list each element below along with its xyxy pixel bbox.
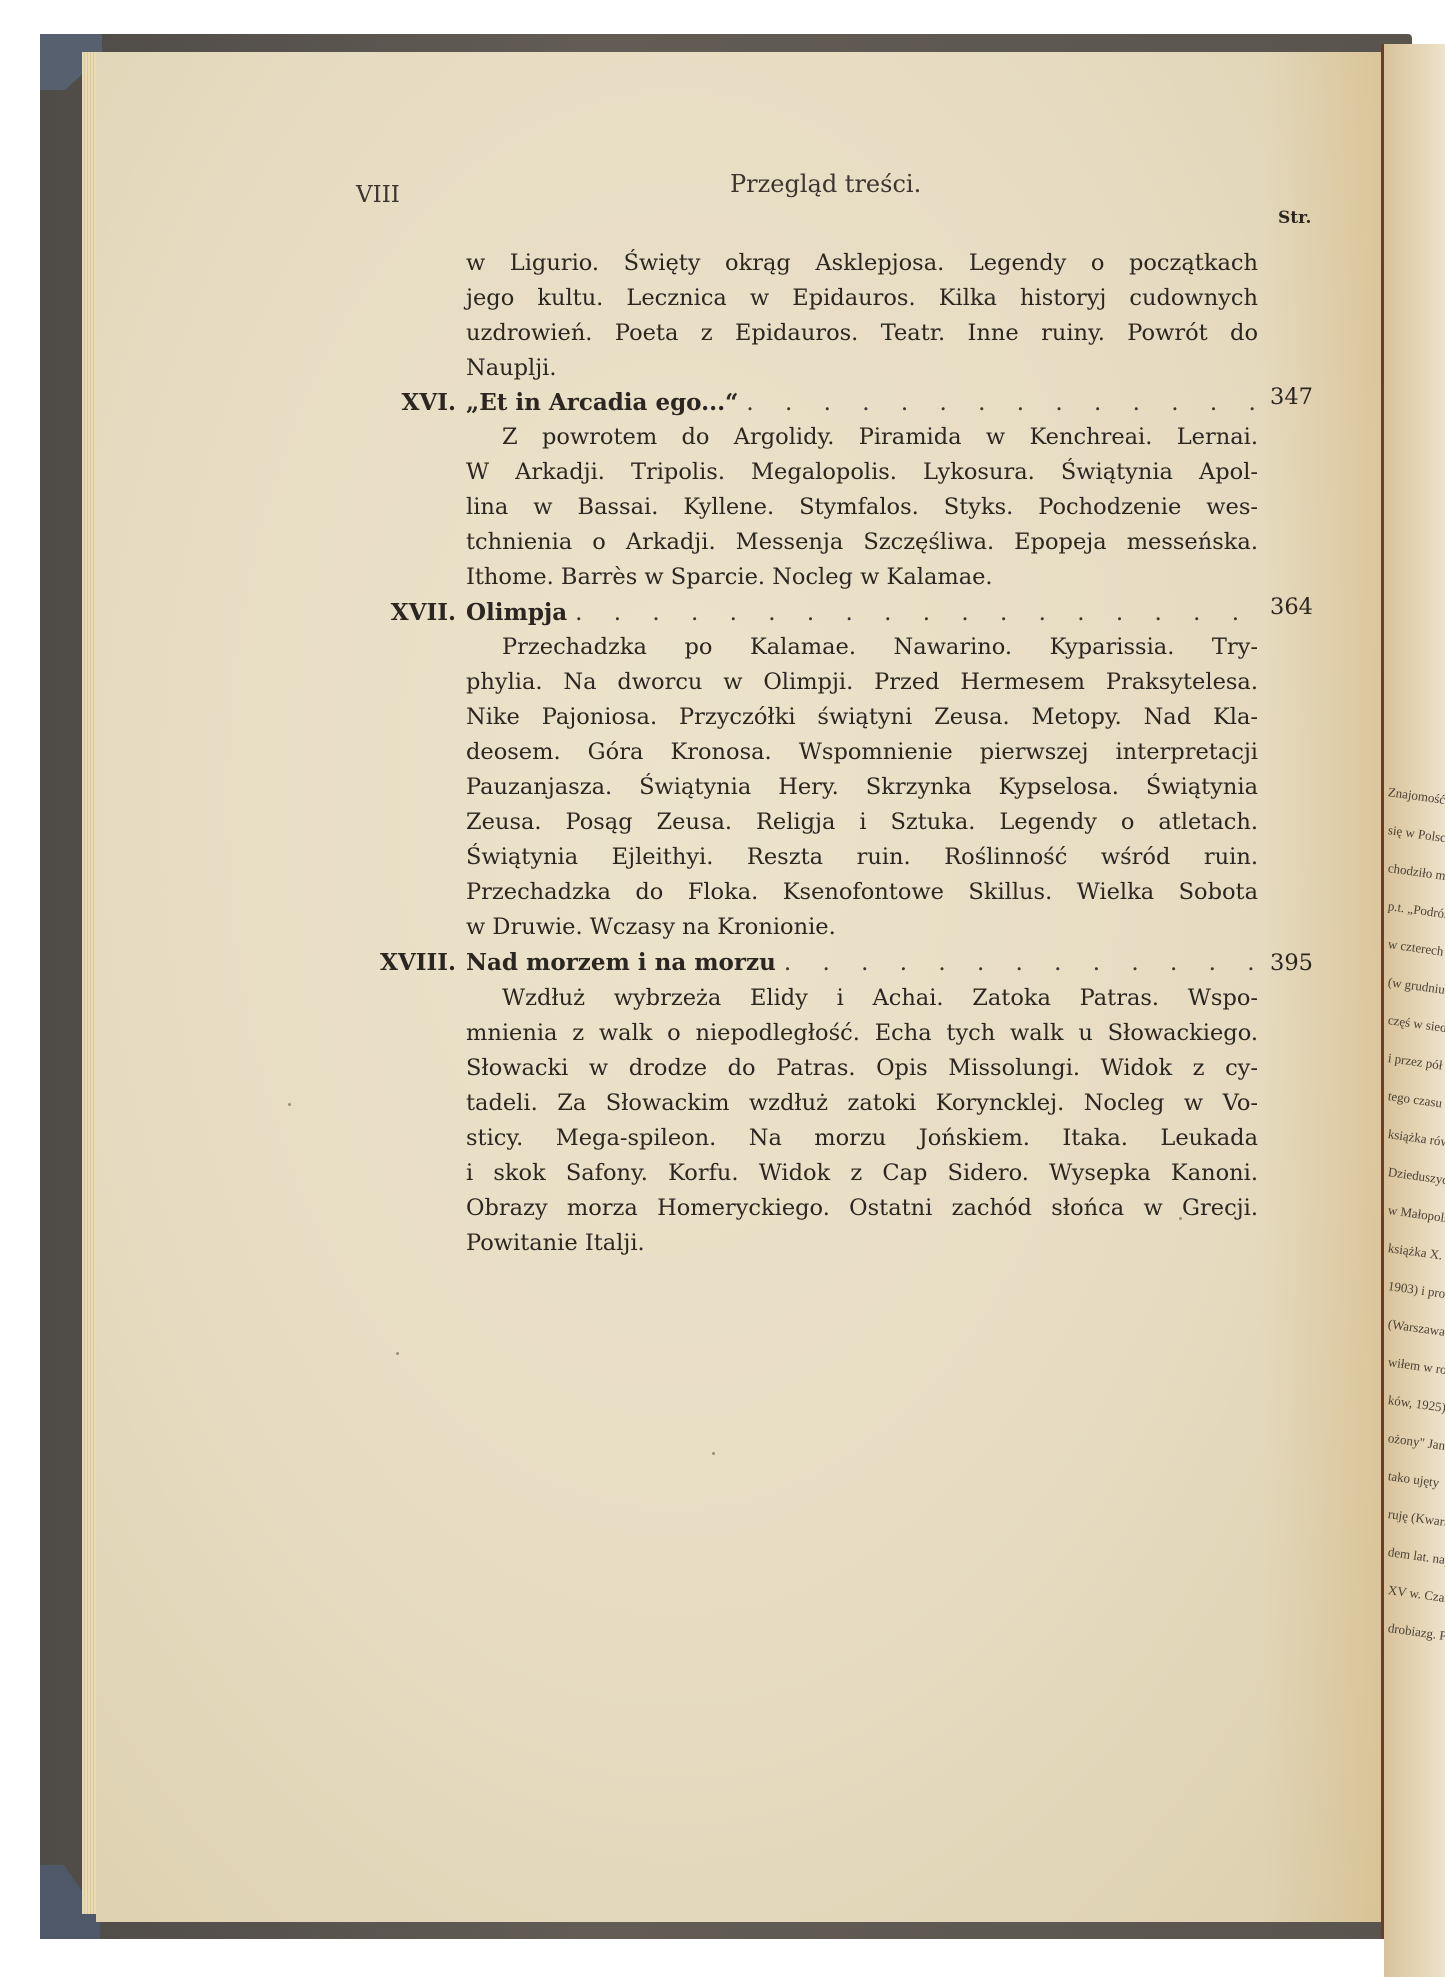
facing-page-text: i przez pół wie bbox=[1387, 1050, 1445, 1077]
summary-line: Pauzanjasza. Świątynia Hery. Skrzynka Ky… bbox=[466, 770, 1258, 804]
facing-page-text: Dzieduszyckiego bbox=[1387, 1164, 1445, 1192]
summary-line: Ithome. Barrès w Sparcie. Nocleg w Kalam… bbox=[466, 560, 1258, 594]
summary-line: Obrazy morza Homeryckiego. Ostatni zachó… bbox=[466, 1191, 1258, 1225]
facing-page-text: tego czasu nie bbox=[1387, 1088, 1445, 1114]
summary-line: Przechadzka do Floka. Ksenofontowe Skill… bbox=[466, 875, 1258, 909]
chapter-title: Nad morzem i na morzu bbox=[466, 949, 776, 976]
facing-page-text: w czterech dz bbox=[1387, 936, 1445, 962]
summary-line: uzdrowień. Poeta z Epidauros. Teatr. Inn… bbox=[466, 316, 1258, 350]
chapter-number: XVI. bbox=[336, 386, 456, 420]
summary-line: Świątynia Ejleithyi. Reszta ruin. Roślin… bbox=[466, 840, 1258, 874]
facing-page-text: p.t. „Podróż m bbox=[1387, 898, 1445, 924]
paper-speck bbox=[712, 1452, 715, 1455]
facing-page-text: 1903) i prof. bbox=[1387, 1278, 1445, 1303]
paper-speck bbox=[288, 1103, 291, 1106]
summary-line: i skok Safony. Korfu. Widok z Cap Sidero… bbox=[466, 1156, 1258, 1190]
facing-page-text: wiłem w rozp bbox=[1387, 1354, 1445, 1380]
chapter-page-number: 364 bbox=[1270, 590, 1313, 624]
chapter-title: Olimpja bbox=[466, 599, 567, 626]
summary-line: w Ligurio. Święty okrąg Asklepjosa. Lege… bbox=[466, 246, 1258, 280]
facing-page-text: Znajomość G bbox=[1387, 784, 1445, 810]
chapter-title-link[interactable]: Nad morzem i na morzu . . . . . . . . . … bbox=[466, 946, 1266, 980]
facing-page-text: XV w. Czar bbox=[1387, 1582, 1445, 1606]
summary-line: W Arkadji. Tripolis. Megalopolis. Lykosu… bbox=[466, 455, 1258, 489]
dot-leader: . . . . . . . . . . . . . . bbox=[746, 390, 1266, 416]
facing-page-text: chodziło między g bbox=[1387, 860, 1445, 889]
summary-line: Przechadzka po Kalamae. Nawarino. Kypari… bbox=[502, 630, 1258, 664]
chapter-number: XVIII. bbox=[336, 946, 456, 980]
summary-line: lina w Bassai. Kyllene. Stymfalos. Styks… bbox=[466, 490, 1258, 524]
summary-line: sticy. Mega-spileon. Na morzu Jońskiem. … bbox=[466, 1121, 1258, 1155]
facing-page-text: ków, 1925). ( bbox=[1387, 1392, 1445, 1417]
summary-line: Z powrotem do Argolidy. Piramida w Kench… bbox=[502, 420, 1258, 454]
summary-line: phylia. Na dworcu w Olimpji. Przed Herme… bbox=[466, 665, 1258, 699]
summary-line: Zeusa. Posąg Zeusa. Religja i Sztuka. Le… bbox=[466, 805, 1258, 839]
chapter-title-link[interactable]: „Et in Arcadia ego...“ . . . . . . . . .… bbox=[466, 386, 1266, 420]
summary-line: Nauplji. bbox=[466, 351, 1258, 385]
dot-leader: . . . . . . . . . . . . . . . . . . . . … bbox=[575, 600, 1266, 626]
page-column-label: Str. bbox=[1278, 208, 1311, 228]
dot-leader: . . . . . . . . . . . . . . bbox=[784, 950, 1266, 976]
chapter-title: „Et in Arcadia ego...“ bbox=[466, 389, 738, 416]
facing-page-text: ruję (Kwart bbox=[1387, 1506, 1445, 1530]
facing-page-text: (Warszawa—L bbox=[1387, 1316, 1445, 1343]
facing-page-text: tako ujęty bbox=[1387, 1468, 1440, 1491]
facing-page-text: książka również bbox=[1387, 1126, 1445, 1154]
summary-line: Powitanie Italji. bbox=[466, 1226, 1258, 1260]
chapter-title-link[interactable]: Olimpja . . . . . . . . . . . . . . . . … bbox=[466, 596, 1266, 630]
facing-page: Znajomość G się w Polsce do chodziło mię… bbox=[1384, 44, 1445, 1977]
facing-page-text: ożony" Jana bbox=[1387, 1430, 1445, 1455]
facing-page-text: (w grudniu 17 bbox=[1387, 974, 1445, 1000]
page-number-roman: VIII bbox=[356, 182, 400, 208]
facing-page-text: w Małopolsce, bbox=[1387, 1202, 1445, 1228]
summary-line: Nike Pajoniosa. Przyczółki świątyni Zeus… bbox=[466, 700, 1258, 734]
paper-speck bbox=[396, 1352, 399, 1355]
chapter-page-number: 395 bbox=[1270, 946, 1313, 980]
facing-page-text: książka X. Ma bbox=[1387, 1240, 1445, 1266]
summary-line: deosem. Góra Kronosa. Wspomnienie pierws… bbox=[466, 735, 1258, 769]
facing-page-text: częś w siedmi bbox=[1387, 1012, 1445, 1038]
summary-line: tchnienia o Arkadji. Messenja Szczęśliwa… bbox=[466, 525, 1258, 559]
chapter-number: XVII. bbox=[336, 596, 456, 630]
summary-line: mnienia z walk o niepodległość. Echa tyc… bbox=[466, 1016, 1258, 1050]
summary-line: Słowacki w drodze do Patras. Opis Missol… bbox=[466, 1051, 1258, 1085]
facing-page-text: drobiazg. P bbox=[1387, 1620, 1445, 1644]
facing-page-text: się w Polsce do bbox=[1387, 822, 1445, 849]
summary-line: Wzdłuż wybrzeża Elidy i Achai. Zatoka Pa… bbox=[502, 981, 1258, 1015]
chapter-page-number: 347 bbox=[1270, 380, 1313, 414]
facing-page-text: dem lat. napo bbox=[1387, 1544, 1445, 1570]
summary-line: tadeli. Za Słowackim wzdłuż zatoki Koryn… bbox=[466, 1086, 1258, 1120]
summary-line: w Druwie. Wczasy na Kronionie. bbox=[466, 910, 1258, 944]
running-head: Przegląd treści. bbox=[730, 170, 921, 198]
summary-line: jego kultu. Lecznica w Epidauros. Kilka … bbox=[466, 281, 1258, 315]
